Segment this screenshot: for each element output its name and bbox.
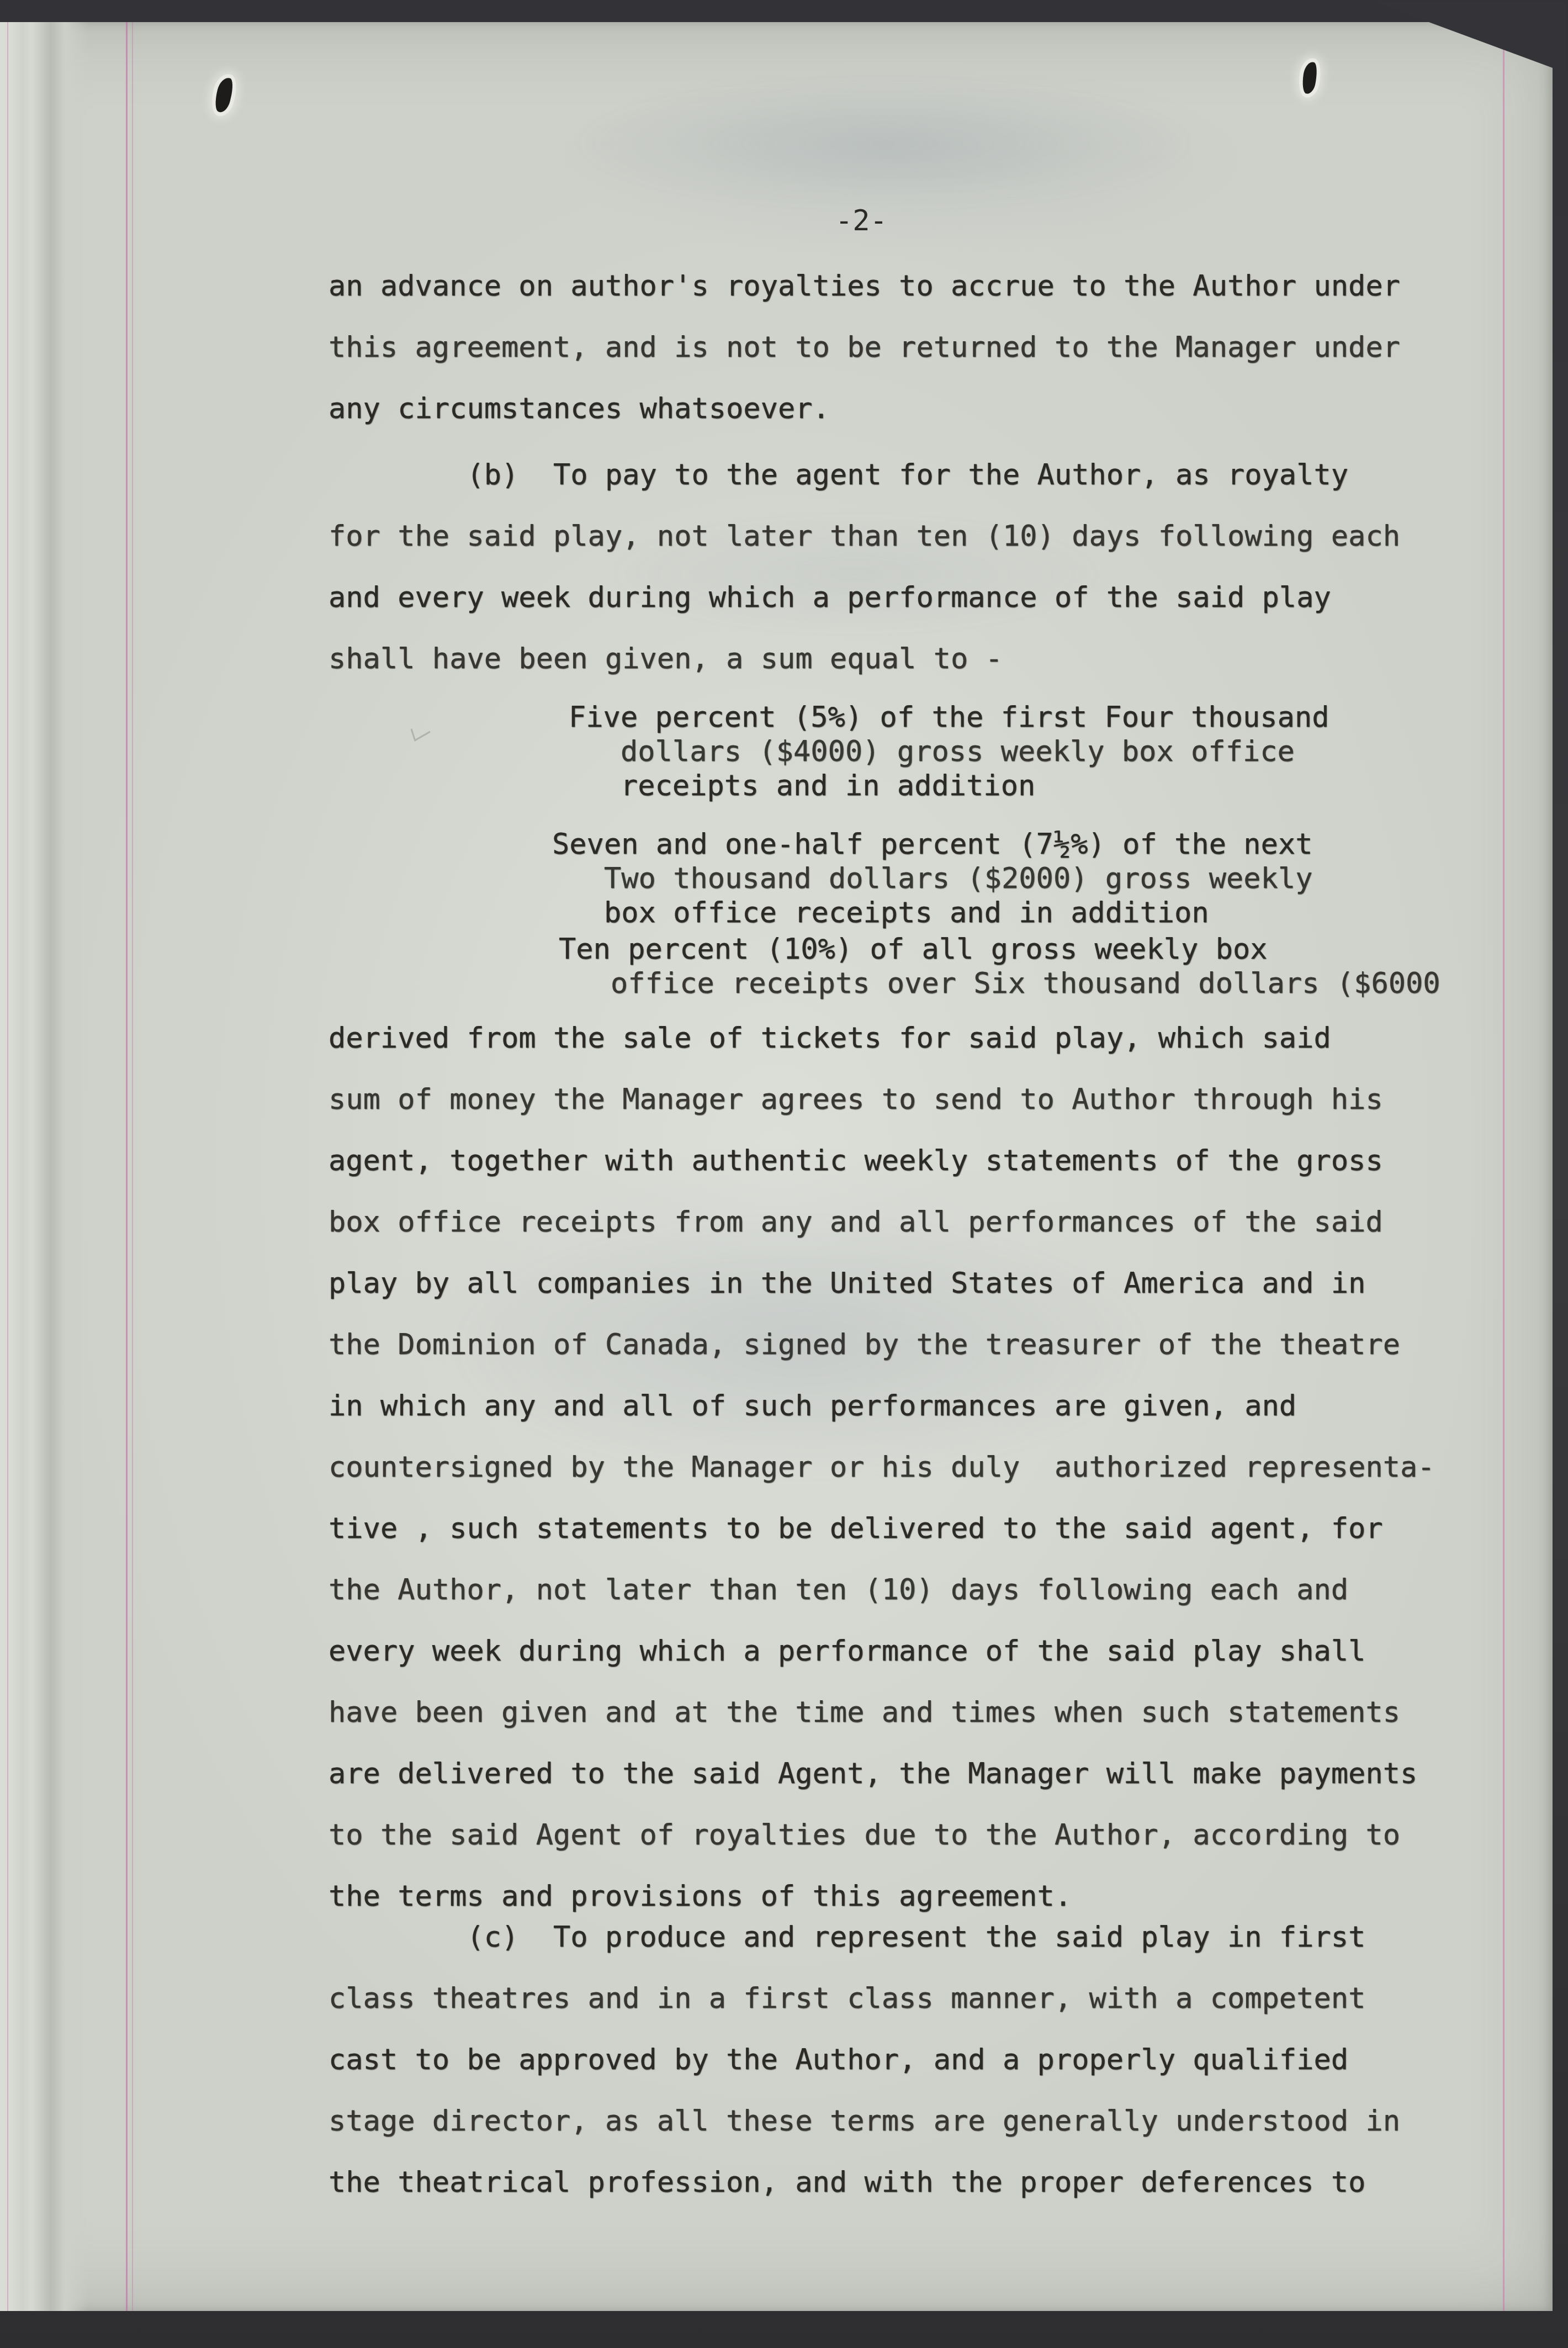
typed-line: box office receipts and in addition (552, 896, 1313, 930)
typed-line: sum of money the Manager agrees to send … (329, 1069, 1435, 1130)
typed-line: Ten percent (10%) of all gross weekly bo… (559, 932, 1440, 966)
typed-line: cast to be approved by the Author, and a… (329, 2029, 1400, 2091)
typed-line: derived from the sale of tickets for sai… (329, 1008, 1435, 1069)
royalty-tier-five-percent: Five percent (5%) of the first Four thou… (569, 700, 1329, 803)
royalty-tier-ten-percent: Ten percent (10%) of all gross weekly bo… (559, 932, 1440, 1001)
typed-line: office receipts over Six thousand dollar… (559, 966, 1440, 1001)
royalty-tier-seven-and-half-percent: Seven and one-half percent (7½%) of the … (552, 827, 1313, 930)
clause-c: (c) To produce and represent the said pl… (329, 1907, 1400, 2213)
typed-line: class theatres and in a first class mann… (329, 1968, 1400, 2029)
typed-line: the Dominion of Canada, signed by the tr… (329, 1314, 1435, 1376)
typed-line: the Author, not later than ten (10) days… (329, 1559, 1435, 1621)
typed-line: shall have been given, a sum equal to - (329, 628, 1400, 690)
page-number: -2- (329, 204, 1394, 237)
typed-line: the theatrical profession, and with the … (329, 2152, 1400, 2213)
typed-line: box office receipts from any and all per… (329, 1192, 1435, 1253)
typed-line: to the said Agent of royalties due to th… (329, 1805, 1435, 1866)
left-margin-line-double (132, 22, 133, 2311)
typed-line: any circumstances whatsoever. (329, 378, 1400, 440)
typed-line: for the said play, not later than ten (1… (329, 506, 1400, 567)
typed-line: stage director, as all these terms are g… (329, 2091, 1400, 2152)
left-margin-line (126, 22, 128, 2311)
scanned-document: -2- an advance on author's royalties to … (0, 0, 1568, 2348)
typed-line: every week during which a performance of… (329, 1621, 1435, 1682)
right-margin-line (1503, 22, 1505, 2311)
typed-line: (b) To pay to the agent for the Author, … (329, 445, 1400, 506)
adjacent-page-margin-line (7, 22, 8, 2311)
typed-line: play by all companies in the United Stat… (329, 1253, 1435, 1314)
pencil-mark (411, 720, 431, 742)
typed-line: receipts and in addition (569, 769, 1329, 803)
binding-fold-edge (0, 22, 88, 2311)
typed-line: Five percent (5%) of the first Four thou… (569, 700, 1329, 734)
clause-b: (b) To pay to the agent for the Author, … (329, 445, 1400, 690)
typed-line: (c) To produce and represent the said pl… (329, 1907, 1400, 1968)
paragraph-continuation: an advance on author's royalties to accr… (329, 256, 1400, 440)
typed-line: are delivered to the said Agent, the Man… (329, 1743, 1435, 1805)
typed-line: Seven and one-half percent (7½%) of the … (552, 827, 1313, 861)
bleedthrough-ghost (469, 61, 1297, 226)
typed-line: Two thousand dollars ($2000) gross weekl… (552, 861, 1313, 896)
typed-line: an advance on author's royalties to accr… (329, 256, 1400, 317)
ink-blot-mark (213, 76, 236, 114)
typed-line: agent, together with authentic weekly st… (329, 1130, 1435, 1192)
typed-line: countersigned by the Manager or his duly… (329, 1437, 1435, 1498)
typed-line: this agreement, and is not to be returne… (329, 317, 1400, 378)
clause-b-continuation: derived from the sale of tickets for sai… (329, 1008, 1435, 1927)
typed-line: and every week during which a performanc… (329, 567, 1400, 628)
typed-line: in which any and all of such performance… (329, 1376, 1435, 1437)
typed-line: tive , such statements to be delivered t… (329, 1498, 1435, 1559)
document-page: -2- an advance on author's royalties to … (0, 22, 1553, 2311)
ink-blot-mark (1301, 61, 1319, 94)
typed-line: have been given and at the time and time… (329, 1682, 1435, 1743)
typed-line: dollars ($4000) gross weekly box office (569, 734, 1329, 769)
